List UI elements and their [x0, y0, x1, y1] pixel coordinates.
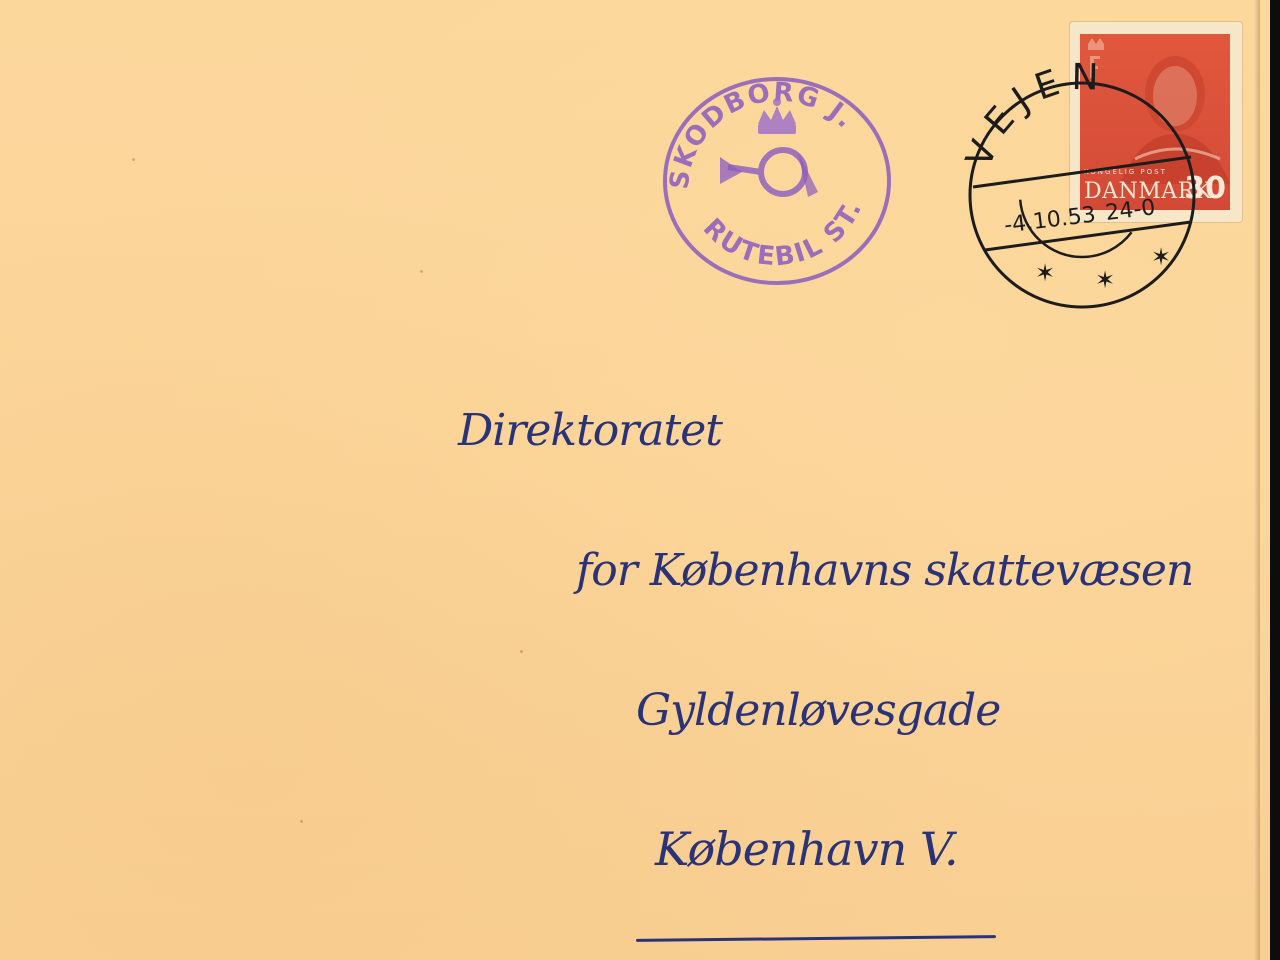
address-underline [636, 935, 996, 942]
handwritten-address: Direktoratet for Københavns skattevæsen … [0, 0, 1270, 960]
address-line-1: Direktoratet [458, 405, 722, 456]
address-line-3: Gyldenløvesgade [636, 685, 1000, 736]
address-line-2: for Københavns skattevæsen [576, 545, 1193, 596]
envelope: SKODBORG J. RUTEBIL ST. [0, 0, 1270, 960]
address-line-4: København V. [655, 822, 958, 876]
